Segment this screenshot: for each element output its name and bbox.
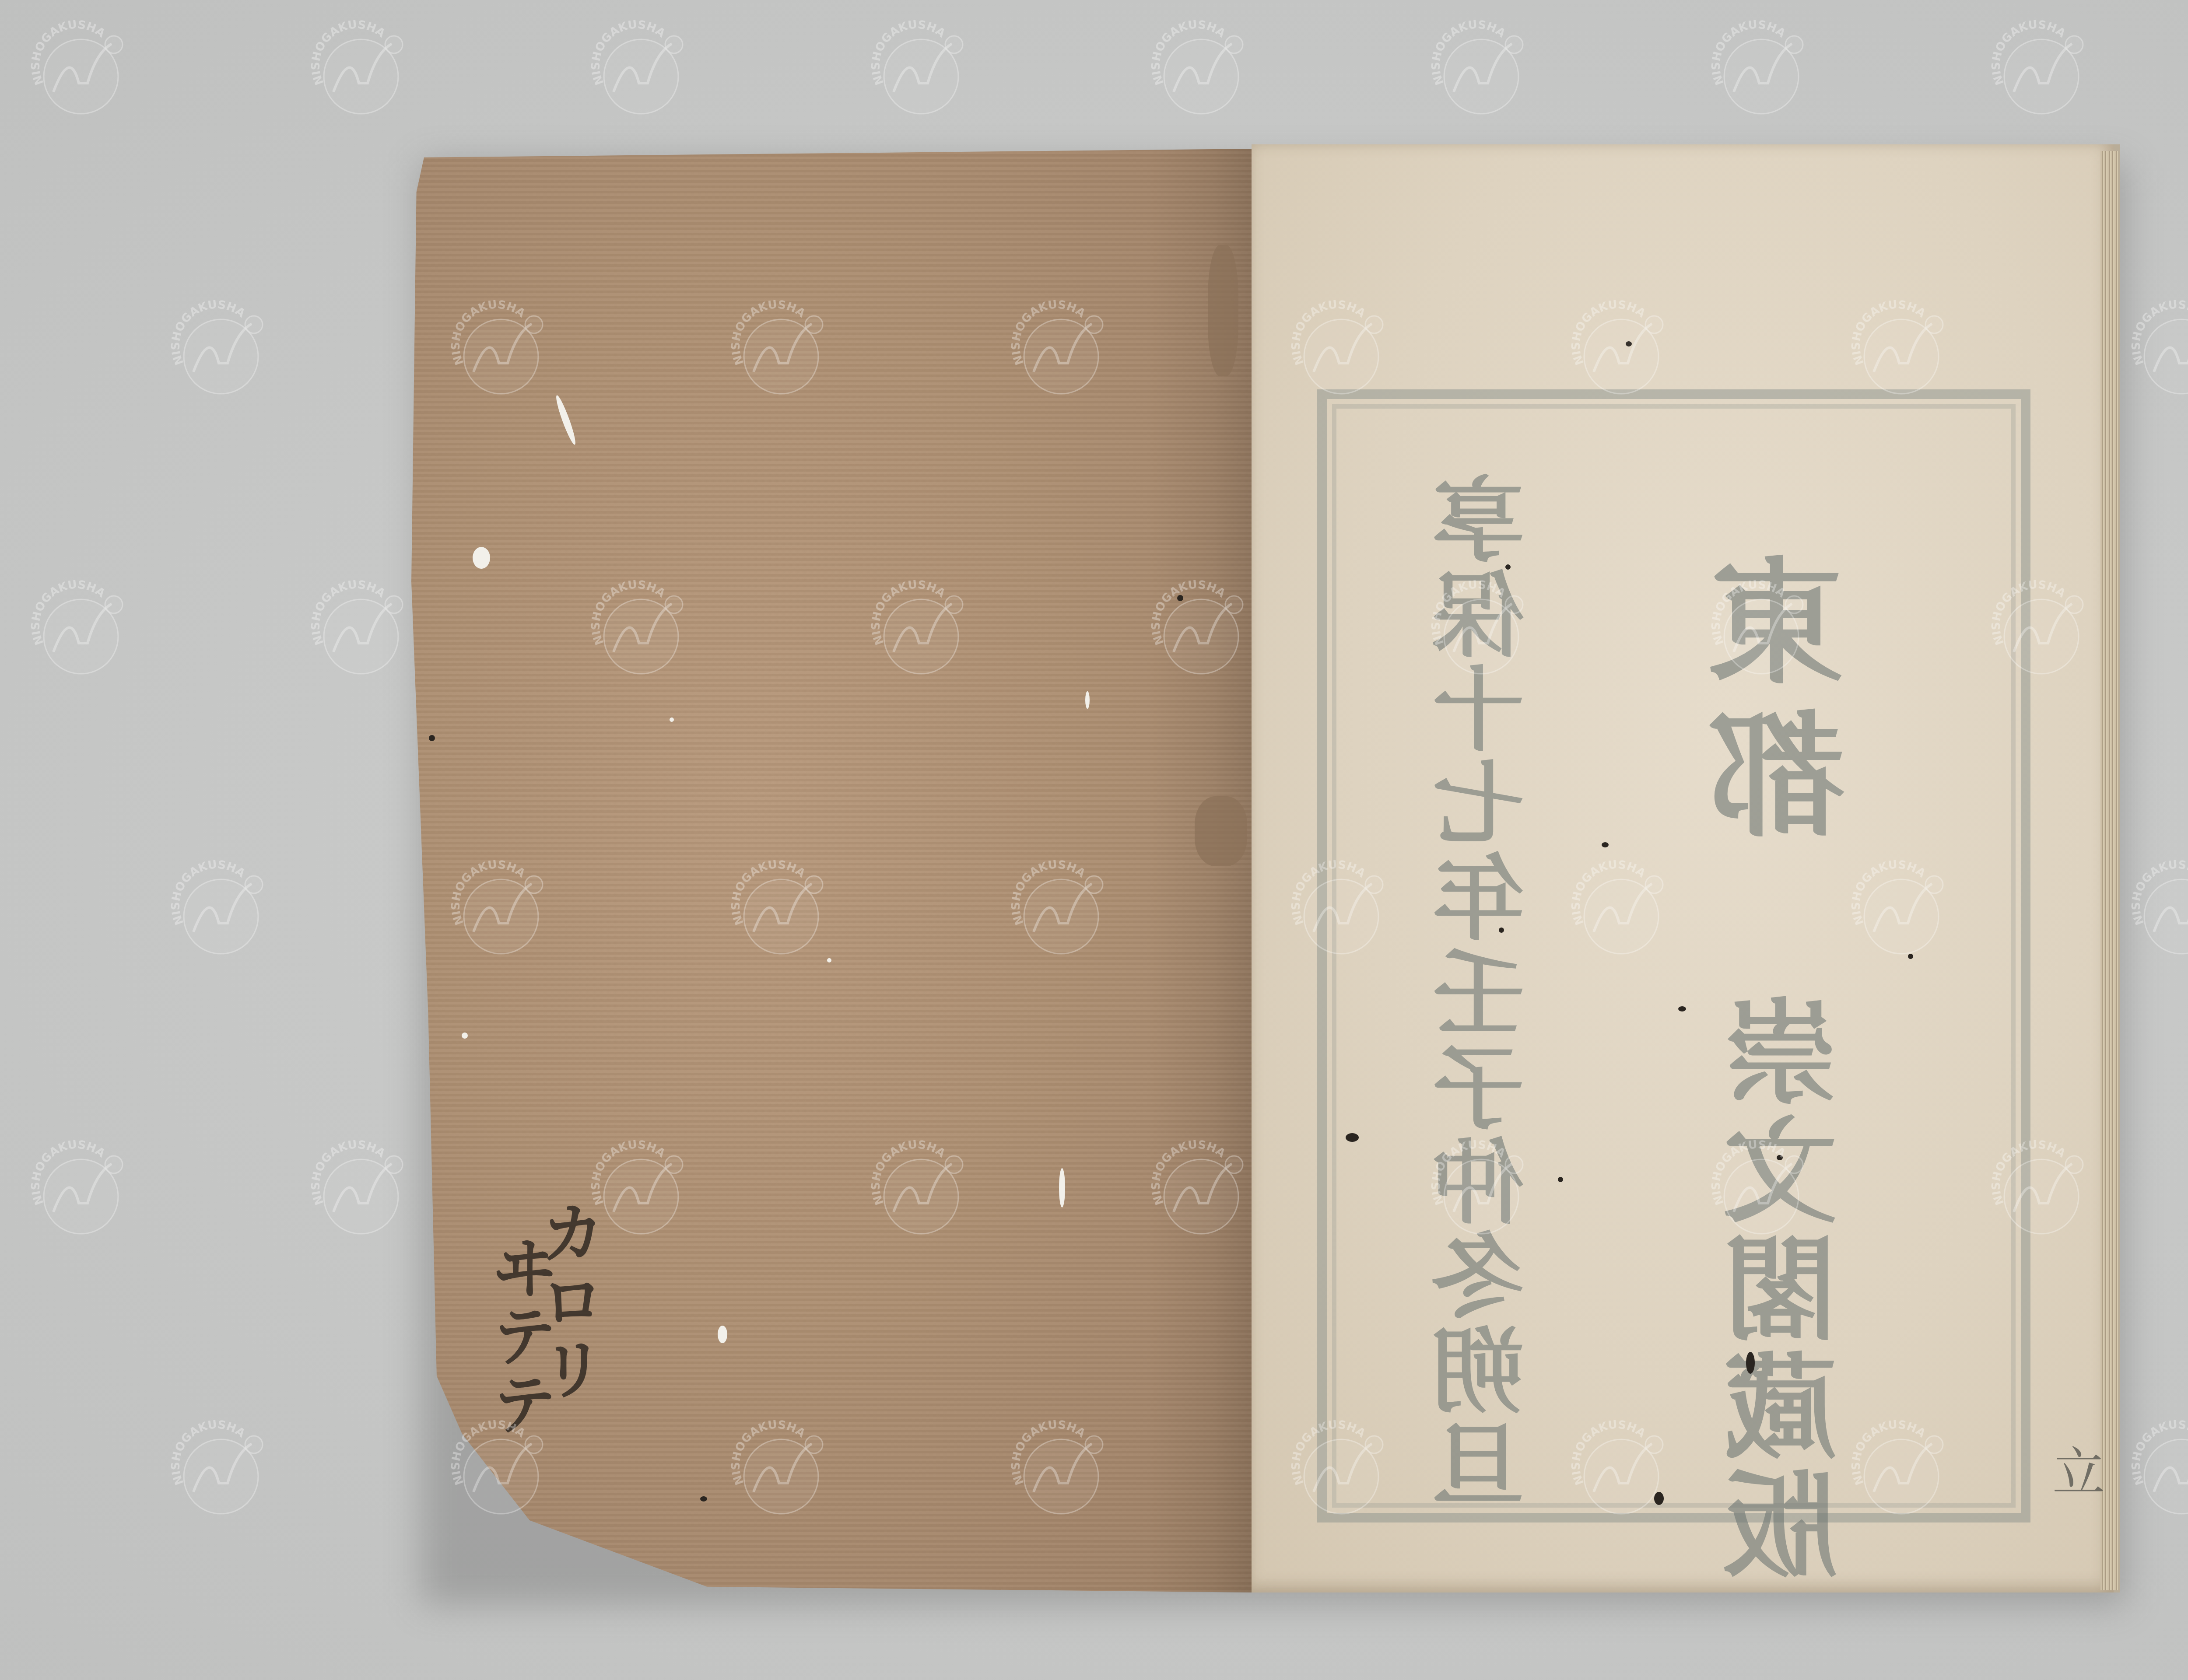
wormhole [1908, 954, 1913, 959]
wormhole [1499, 927, 1504, 933]
wormhole [1602, 842, 1609, 847]
paper-damage [473, 547, 490, 569]
wormhole [1626, 341, 1632, 346]
wormhole [1654, 1492, 1664, 1505]
wormhole [1558, 1177, 1563, 1182]
title-text: 東都 [1720, 551, 1855, 857]
paper-damage [462, 1032, 468, 1039]
paper-damage [670, 717, 674, 722]
wormhole [1746, 1352, 1755, 1374]
paper-damage [1059, 1168, 1065, 1207]
torn-paper [1208, 245, 1238, 376]
wormhole [700, 1496, 707, 1501]
page-edges [2100, 151, 2118, 1590]
paper-damage [1085, 691, 1090, 709]
wormhole [1346, 1133, 1359, 1142]
publisher-text: 崇文閣蔵版 [1733, 993, 1847, 1584]
corner-mark: 立 [2052, 1431, 2105, 1506]
printed-border-frame [1317, 389, 2030, 1522]
handwritten-label-left: ヰテテ [486, 1234, 551, 1438]
wormhole [429, 735, 435, 741]
faint-bleed-column [1676, 446, 1715, 499]
wormhole [1177, 595, 1183, 601]
wormhole [1505, 564, 1511, 570]
wormhole [1678, 1006, 1686, 1011]
date-line-text: 享保十七年壬子仲冬朔旦 [1440, 472, 1532, 1512]
paper-damage [718, 1326, 727, 1343]
cover-spine-shading [1147, 149, 1256, 1592]
paper-damage [827, 958, 831, 962]
wormhole [1777, 1155, 1783, 1160]
torn-paper [1195, 796, 1247, 866]
